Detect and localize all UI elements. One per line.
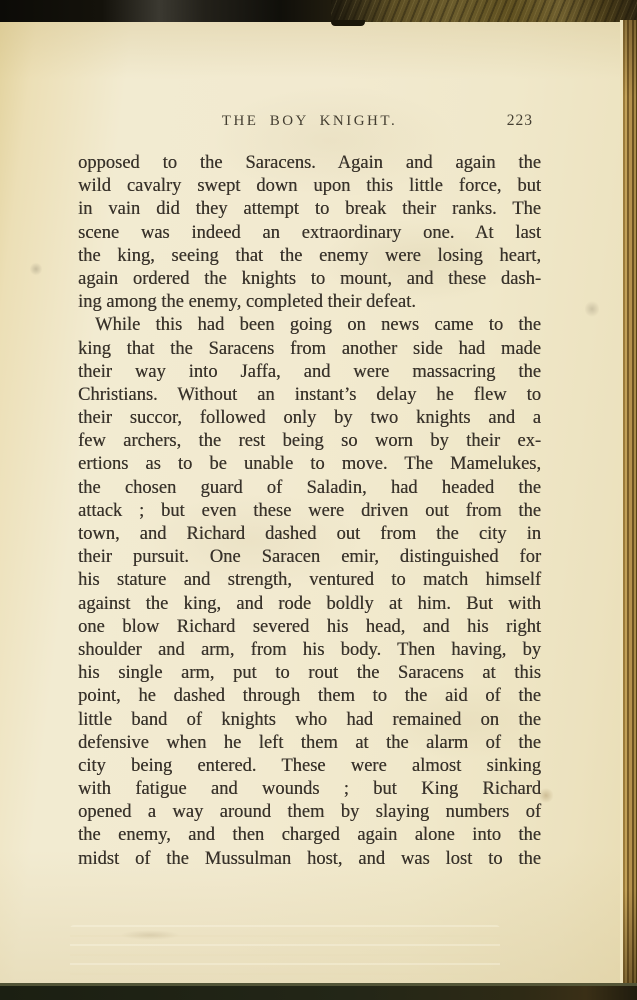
- text-line: shoulder and arm, from his body. Then ha…: [78, 639, 541, 662]
- text-line: ing among the enemy, completed their def…: [78, 291, 541, 314]
- text-line: their succor, followed only by two knigh…: [78, 407, 541, 430]
- text-line: Christians. Without an instant’s delay h…: [78, 384, 541, 407]
- text-line: his stature and strength, ventured to ma…: [78, 569, 541, 592]
- book-cover-top-edge: [0, 0, 637, 22]
- text-line: scene was indeed an extraordinary one. A…: [78, 222, 541, 245]
- body-lines: opposed to the Saracens. Again and again…: [78, 152, 541, 871]
- running-header: THE BOY KNIGHT. 223: [78, 110, 541, 132]
- cover-shadow-notch: [331, 20, 365, 26]
- text-line: While this had been going on news came t…: [78, 314, 541, 337]
- text-line: against the king, and rode boldly at him…: [78, 593, 541, 616]
- cover-cloth-texture: [331, 0, 637, 22]
- text-line: town, and Richard dashed out from the ci…: [78, 523, 541, 546]
- text-line: few archers, the rest being so worn by t…: [78, 430, 541, 453]
- text-line: wild cavalry swept down upon this little…: [78, 175, 541, 198]
- scanned-book-page: THE BOY KNIGHT. 223 opposed to the Sarac…: [0, 0, 637, 1000]
- text-line: their pursuit. One Saracen emir, disting…: [78, 546, 541, 569]
- text-line: attack ; but even these were driven out …: [78, 500, 541, 523]
- text-line: the chosen guard of Saladin, had headed …: [78, 477, 541, 500]
- text-line: king that the Saracens from another side…: [78, 338, 541, 361]
- text-line: one blow Richard severed his head, and h…: [78, 616, 541, 639]
- text-line: opened a way around them by slaying numb…: [78, 801, 541, 824]
- text-line: opposed to the Saracens. Again and again…: [78, 152, 541, 175]
- text-line: defensive when he left them at the alarm…: [78, 732, 541, 755]
- page-edge-streaks: [70, 925, 500, 977]
- text-line: in vain did they attempt to break their …: [78, 198, 541, 221]
- page-number: 223: [507, 110, 533, 132]
- book-page-edges-right: [620, 20, 637, 986]
- text-line: again ordered the knights to mount, and …: [78, 268, 541, 291]
- page-title: THE BOY KNIGHT.: [222, 113, 397, 129]
- text-line: midst of the Mussulman host, and was los…: [78, 848, 541, 871]
- text-line: little band of knights who had remained …: [78, 709, 541, 732]
- page-edges-shading: [623, 20, 637, 986]
- text-line: ertions as to be unable to move. The Mam…: [78, 453, 541, 476]
- text-line: their way into Jaffa, and were massacrin…: [78, 361, 541, 384]
- text-line: his single arm, put to rout the Saracens…: [78, 662, 541, 685]
- text-line: city being entered. These were almost si…: [78, 755, 541, 778]
- text-line: the king, seeing that the enemy were los…: [78, 245, 541, 268]
- text-line: point, he dashed through them to the aid…: [78, 685, 541, 708]
- text-column: THE BOY KNIGHT. 223 opposed to the Sarac…: [78, 110, 541, 871]
- text-line: the enemy, and then charged again alone …: [78, 824, 541, 847]
- book-cover-bottom-edge: [0, 983, 637, 1000]
- text-line: with fatigue and wounds ; but King Richa…: [78, 778, 541, 801]
